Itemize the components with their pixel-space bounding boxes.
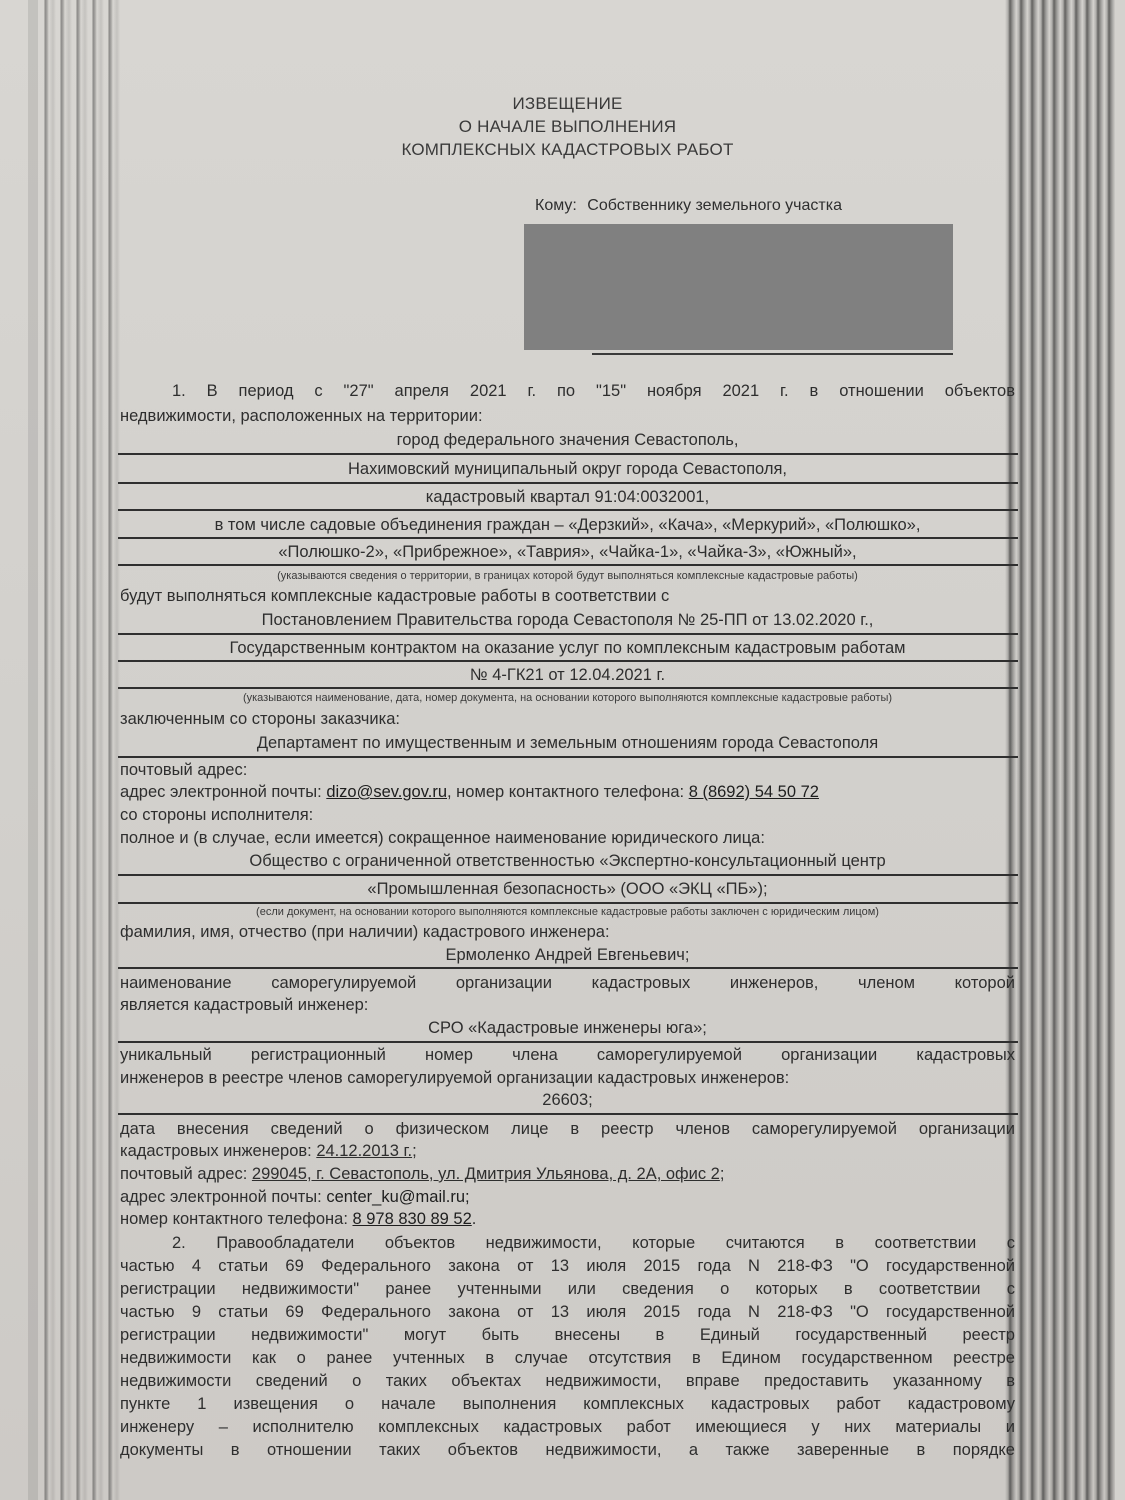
divider xyxy=(118,756,1018,758)
scan-streak xyxy=(28,0,38,1500)
addressee: Кому: Собственнику земельного участка xyxy=(535,197,842,215)
document-title-line1: ИЗВЕЩЕНИЕ xyxy=(300,94,835,114)
territory-line-2: Нахимовский муниципальный округ города С… xyxy=(120,460,1015,479)
scanned-document-page: ИЗВЕЩЕНИЕ О НАЧАЛЕ ВЫПОЛНЕНИЯ КОМПЛЕКСНЫ… xyxy=(0,0,1125,1500)
addressee-underline xyxy=(592,353,953,355)
customer-phone: 8 (8692) 54 50 72 xyxy=(689,783,819,801)
section2-line-2: частью 4 статьи 69 Федерального закона о… xyxy=(120,1257,1015,1276)
reg-label-line2: инженеров в реестре членов саморегулируе… xyxy=(120,1069,1015,1088)
divider xyxy=(118,660,1018,662)
territory-line-5: «Полюшко-2», «Прибрежное», «Таврия», «Ча… xyxy=(120,543,1015,562)
divider xyxy=(118,482,1018,484)
section2-line-6: недвижимости как о ранее учтенных в случ… xyxy=(120,1349,1015,1368)
engineer-name: Ермоленко Андрей Евгеньевич; xyxy=(120,946,1015,965)
reg-date-line: кадастровых инженеров: 24.12.2013 г.; xyxy=(120,1142,1015,1161)
section2-line-3: регистрации недвижимости" ранее учтенным… xyxy=(120,1280,1015,1299)
addressee-value: Собственнику земельного участка xyxy=(587,197,842,214)
scan-streak-left xyxy=(40,0,120,1500)
contractor-name-label: полное и (в случае, если имеется) сокращ… xyxy=(120,829,1015,848)
contractor-name-line1: Общество с ограниченной ответственностью… xyxy=(120,852,1015,871)
divider xyxy=(118,509,1018,511)
customer-name: Департамент по имущественным и земельным… xyxy=(120,734,1015,753)
territory-line-4: в том числе садовые объединения граждан … xyxy=(120,516,1015,535)
divider xyxy=(118,537,1018,539)
reg-label-line1: уникальный регистрационный номер члена с… xyxy=(120,1046,1015,1065)
divider xyxy=(118,633,1018,635)
redacted-block xyxy=(524,224,953,350)
section2-line-8: пункте 1 извещения о начале выполнения к… xyxy=(120,1395,1015,1414)
document-title-line3: КОМПЛЕКСНЫХ КАДАСТРОВЫХ РАБОТ xyxy=(300,140,835,160)
section2-line-1: 2. Правообладатели объектов недвижимости… xyxy=(120,1234,1015,1253)
customer-intro: заключенным со стороны заказчика: xyxy=(120,710,1015,729)
reg-date: 24.12.2013 г. xyxy=(316,1142,412,1160)
contractor-name-line2: «Промышленная безопасность» (ООО «ЭКЦ «П… xyxy=(120,880,1015,899)
customer-email-link[interactable]: dizo@sev.gov.ru xyxy=(326,783,447,801)
section2-line-9: инженеру – исполнителю комплексных кадас… xyxy=(120,1418,1015,1437)
engineer-email-link[interactable]: center_ku@mail.ru; xyxy=(326,1188,469,1206)
basis-line-2: Государственным контрактом на оказание у… xyxy=(120,639,1015,658)
reg-date-label-line1: дата внесения сведений о физическом лице… xyxy=(120,1120,1015,1139)
addressee-label: Кому: xyxy=(535,197,577,214)
engineer-postal-value: 299045, г. Севастополь, ул. Дмитрия Улья… xyxy=(252,1165,720,1183)
basis-note: (указываются наименование, дата, номер д… xyxy=(120,692,1015,704)
divider xyxy=(118,902,1018,904)
page-edge xyxy=(1115,0,1125,1500)
section2-line-5: регистрации недвижимости" могут быть вне… xyxy=(120,1326,1015,1345)
sro-label-line2: является кадастровый инженер: xyxy=(120,996,1015,1015)
engineer-postal: почтовый адрес: 299045, г. Севастополь, … xyxy=(120,1165,1015,1184)
divider xyxy=(118,1113,1018,1115)
reg-number: 26603; xyxy=(120,1091,1015,1110)
contractor-intro: со стороны исполнителя: xyxy=(120,806,1015,825)
section2-line-7: недвижимости сведений о таких объектах н… xyxy=(120,1372,1015,1391)
basis-intro: будут выполняться комплексные кадастровы… xyxy=(120,587,1015,606)
divider xyxy=(118,564,1018,566)
sro-label-line1: наименование саморегулируемой организаци… xyxy=(120,974,1015,993)
engineer-phone: номер контактного телефона: 8 978 830 89… xyxy=(120,1210,1015,1229)
section2-line-4: частью 9 статьи 69 Федерального закона о… xyxy=(120,1303,1015,1322)
section1-intro-line1: 1. В период с "27" апреля 2021 г. по "15… xyxy=(120,382,1015,401)
engineer-email: адрес электронной почты: center_ku@mail.… xyxy=(120,1188,1015,1207)
engineer-phone-value: 8 978 830 89 52 xyxy=(353,1210,472,1228)
basis-line-3: № 4-ГК21 от 12.04.2021 г. xyxy=(120,666,1015,685)
territory-line-1: город федерального значения Севастополь, xyxy=(120,431,1015,450)
divider xyxy=(118,687,1018,689)
divider xyxy=(118,967,1018,969)
scan-streak-right xyxy=(1005,0,1115,1500)
divider xyxy=(118,453,1018,455)
basis-line-1: Постановлением Правительства города Сева… xyxy=(120,611,1015,630)
section1-intro-line2: недвижимости, расположенных на территори… xyxy=(120,407,1015,426)
sro-name: СРО «Кадастровые инженеры юга»; xyxy=(120,1019,1015,1038)
section2-line-10: документы в отношении таких объектов нед… xyxy=(120,1441,1015,1460)
contractor-note: (если документ, на основании которого вы… xyxy=(120,906,1015,918)
customer-contacts: адрес электронной почты: dizo@sev.gov.ru… xyxy=(120,783,1015,802)
territory-line-3: кадастровый квартал 91:04:0032001, xyxy=(120,488,1015,507)
divider xyxy=(118,1041,1018,1043)
customer-postal-label: почтовый адрес: xyxy=(120,761,1015,780)
territory-note: (указываются сведения о территории, в гр… xyxy=(120,570,1015,582)
divider xyxy=(118,874,1018,876)
document-title-line2: О НАЧАЛЕ ВЫПОЛНЕНИЯ xyxy=(300,117,835,137)
engineer-label: фамилия, имя, отчество (при наличии) кад… xyxy=(120,923,1015,942)
